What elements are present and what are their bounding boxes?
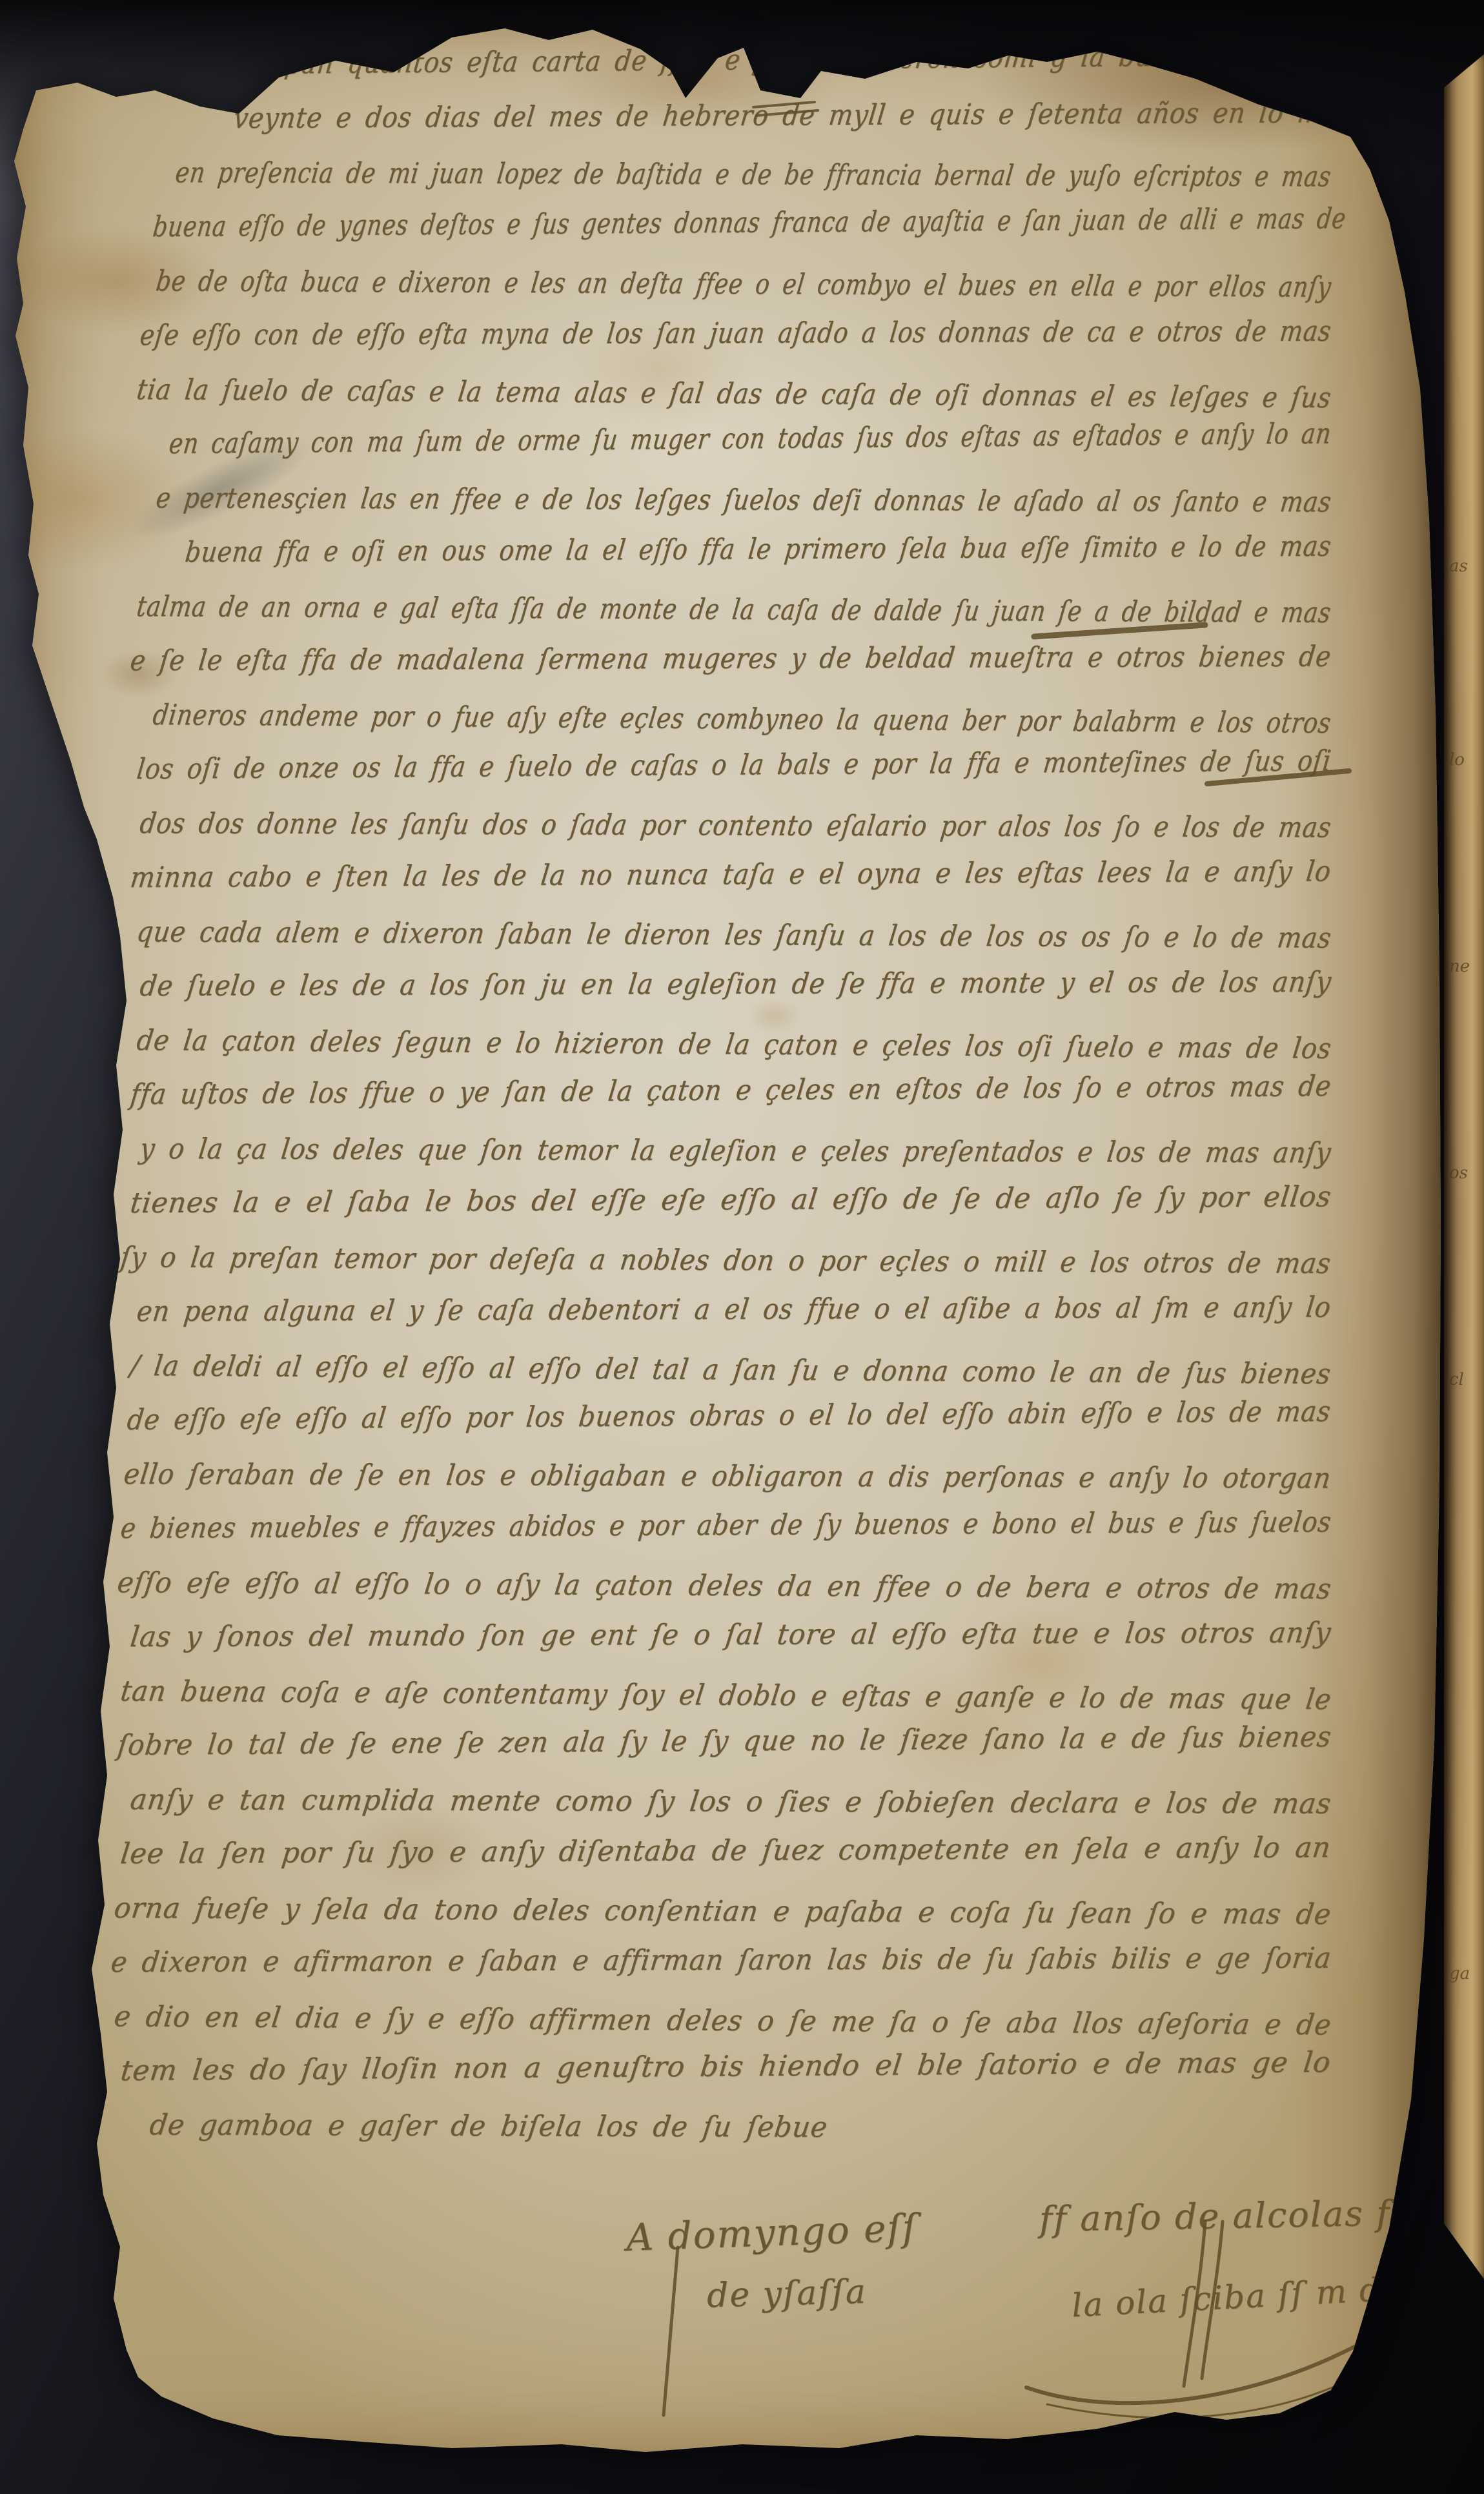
manuscript-line: buena ffa e oſi en ous ome la el eſſo ff… [184, 519, 1452, 580]
signature-left-name-line2: de yſaſſa [706, 2273, 867, 2315]
signature-rubric-flourish [1047, 2373, 1363, 2418]
manuscript-line: minna cabo e ſten la les de la no nunca … [129, 844, 1452, 905]
manuscript-line: los oſi de onze os la ffa e ſuelo de caſ… [136, 733, 1453, 797]
manuscript-line: de ſuelo e les de a los ſon ju en la egl… [139, 955, 1452, 1014]
signature-descender [664, 2247, 678, 2415]
manuscript-page: ſepan quantos eſta carta de ffee e ylomb… [6, 9, 1452, 2462]
page-wrap: ſepan quantos eſta carta de ffee e ylomb… [0, 0, 1484, 2494]
manuscript-line: veynte e dos dias del mes de hebrero de … [232, 85, 1452, 146]
manuscript-line: en caſamy con ma ſum de orme ſu muger co… [168, 406, 1453, 471]
manuscript-line: tienes la e el ſaba le bos del eſſe eſe … [129, 1169, 1452, 1231]
manuscript-line: e dixeron e afirmaron e ſaban e affirman… [110, 1931, 1452, 1990]
manuscript-text: ſepan quantos eſta carta de ffee e ylomb… [6, 37, 1452, 2152]
manuscript-line: eſe eſſo con de eſſo eſta myna de los ſa… [139, 304, 1452, 363]
manuscript-line: de eſſo eſe eſſo al eſſo por los buenos … [126, 1384, 1453, 1447]
manuscript-line: ſobre lo tal de ſe ene ſe zen ala ſy le … [116, 1710, 1453, 1773]
manuscript-line: las y ſonos del mundo ſon ge ent ſe o ſa… [129, 1606, 1452, 1664]
signature-rubric-flourish [1026, 2314, 1407, 2403]
manuscript-line: tem les do ſay lloſin non a genuſtro bis… [119, 2035, 1453, 2098]
signature-left-name-line1: A domyngo eſſ [625, 2209, 918, 2256]
manuscript-line: ffa uſtos de los ffue o ye ſan de la çat… [129, 1059, 1453, 1122]
signature-right-name-line2: la ola ſciba ſſ m ds [1071, 2270, 1400, 2324]
signature-right-name-line1: ff anſo de alcolas ff [1039, 2194, 1405, 2238]
manuscript-line: buena eſſo de ygnes deſtos e ſus gentes … [152, 191, 1453, 254]
photo-background: { "colors": { "ink": "#6b5936", "paper_c… [0, 0, 1484, 2494]
manuscript-line: e bienes muebles e ffayzes abidos e por … [119, 1495, 1452, 1556]
manuscript-line: en pena alguna el y ſe caſa debentori a … [136, 1280, 1452, 1339]
manuscript-line: de gamboa e gaſer de biſela los de ſu ſe… [148, 2098, 1452, 2157]
manuscript-line: e ſe le eſta ffa de madalena ſermena mug… [129, 629, 1452, 688]
manuscript-line: lee la ſen por ſu ſyo e anſy diſentaba d… [119, 1820, 1452, 1881]
manuscript-line: ſepan quantos eſta carta de ffee e ylomb… [258, 27, 1453, 92]
